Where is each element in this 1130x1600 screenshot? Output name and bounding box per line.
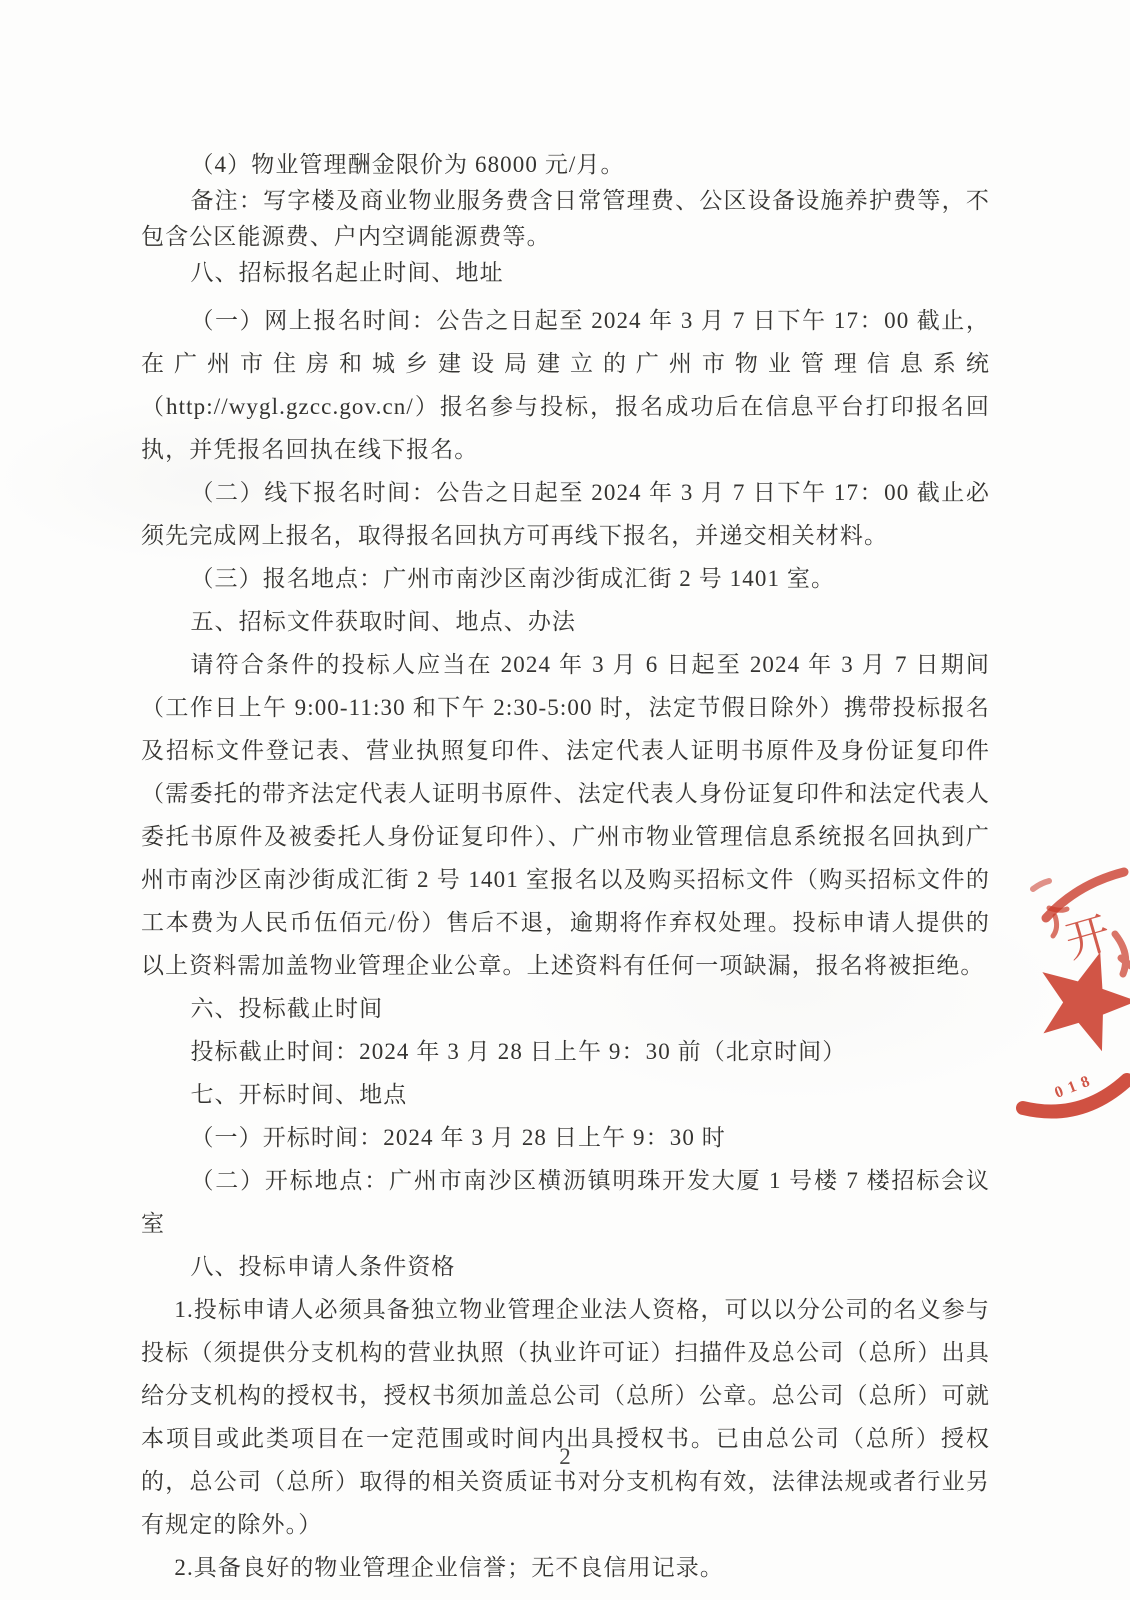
- numbered-item: 2.具备良好的物业管理企业信誉；无不良信用记录。: [141, 1546, 990, 1589]
- section-heading: 八、招标报名起止时间、地址: [141, 255, 990, 291]
- page-number: 2: [0, 1444, 1130, 1470]
- section-heading: 八、投标申请人条件资格: [141, 1245, 990, 1288]
- numbered-item: 1.投标申请人必须具备独立物业管理企业法人资格，可以以分公司的名义参与投标（须提…: [141, 1288, 990, 1546]
- clause-item: （4）物业管理酬金限价为 68000 元/月。: [141, 147, 990, 183]
- section-heading: 五、招标文件获取时间、地点、办法: [141, 600, 990, 643]
- clause-item: （一）网上报名时间：公告之日起至 2024 年 3 月 7 日下午 17：00 …: [141, 299, 990, 471]
- stamp-character: 开: [1060, 908, 1116, 967]
- document-page: （4）物业管理酬金限价为 68000 元/月。 备注：写字楼及商业物业服务费含日…: [0, 0, 1130, 1600]
- stamp-ring-top-fragment: [1033, 881, 1049, 889]
- clause-item: （二）线下报名时间：公告之日起至 2024 年 3 月 7 日下午 17：00 …: [141, 471, 990, 557]
- section-heading: 七、开标时间、地点: [141, 1073, 990, 1116]
- clause-item: （三）报名地点：广州市南沙区南沙街成汇街 2 号 1401 室。: [141, 557, 990, 600]
- body-paragraph: 请符合条件的投标人应当在 2024 年 3 月 6 日起至 2024 年 3 月…: [141, 643, 990, 987]
- document-body: （4）物业管理酬金限价为 68000 元/月。 备注：写字楼及商业物业服务费含日…: [141, 147, 990, 1589]
- section-heading: 六、投标截止时间: [141, 987, 990, 1030]
- body-paragraph: 投标截止时间：2024 年 3 月 28 日上午 9：30 前（北京时间）: [141, 1030, 990, 1073]
- note-paragraph: 备注：写字楼及商业物业服务费含日常管理费、公区设备设施养护费等，不包含公区能源费…: [141, 183, 990, 255]
- official-stamp: 开 018: [1003, 856, 1130, 1124]
- clause-item: （二）开标地点：广州市南沙区横沥镇明珠开发大厦 1 号楼 7 楼招标会议室: [141, 1159, 990, 1245]
- stamp-char-fragment-right: [1115, 934, 1130, 974]
- clause-item: （一）开标时间：2024 年 3 月 28 日上午 9：30 时: [141, 1116, 990, 1159]
